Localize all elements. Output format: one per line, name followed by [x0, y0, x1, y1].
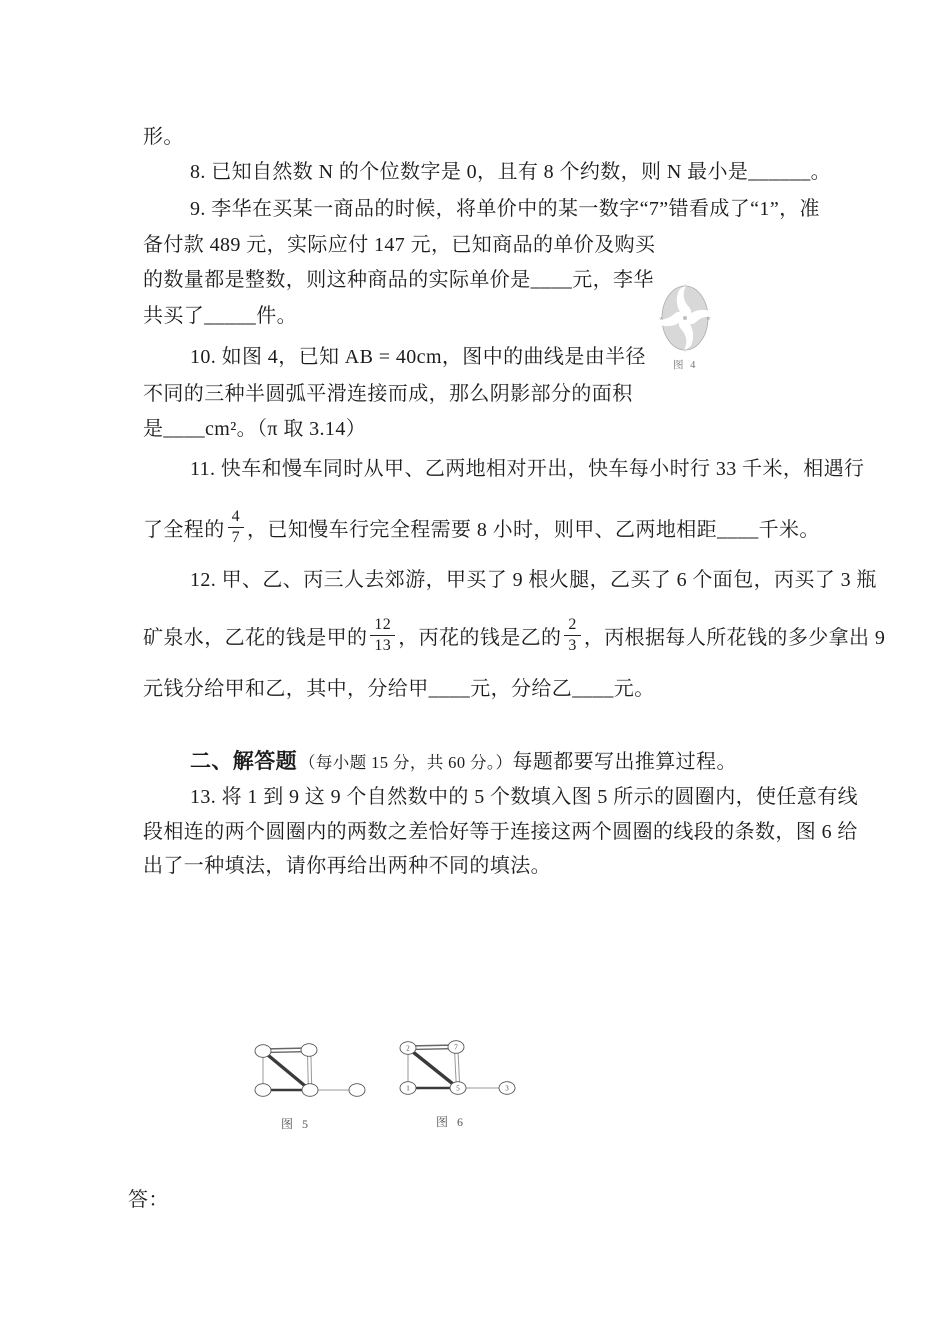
figure-6-value-bottom-right: 5: [456, 1085, 460, 1093]
figure-6-value-bottom-left: 1: [406, 1085, 410, 1093]
fraction-numerator: 4: [228, 508, 244, 528]
question-8-text: 8. 已知自然数 N 的个位数字是 0，且有 8 个约数，则 N 最小是____…: [190, 159, 831, 185]
fraction-12-13: 12 13: [370, 616, 395, 655]
figure-5-and-6-graphs: 2 7 1 5 3: [240, 1030, 540, 1110]
figure-4-caption: 图 4: [673, 357, 697, 372]
fraction-numerator: 2: [564, 616, 580, 636]
fraction-denominator: 3: [564, 636, 580, 655]
figure-6-caption: 图 6: [436, 1113, 466, 1130]
question-12-text-pre: 矿泉水，乙花的钱是甲的: [143, 621, 367, 650]
figure-4-label-b: B: [707, 316, 710, 321]
figure-5-circle-bottom-right: [302, 1084, 318, 1097]
question-13-line-1: 13. 将 1 到 9 这 9 个自然数中的 5 个数填入图 5 所示的圆圈内，…: [190, 784, 858, 810]
fraction-denominator: 13: [370, 636, 395, 655]
section-note: （每小题 15 分，共 60 分。）: [299, 749, 512, 773]
question-12-line-3: 元钱分给甲和乙，其中，分给甲____元，分给乙____元。: [143, 676, 655, 702]
figure-6-graph: 2 7 1 5 3: [400, 1041, 515, 1095]
question-13-line-3: 出了一种填法，请你再给出两种不同的填法。: [143, 853, 551, 879]
figure-6-value-top-right: 7: [454, 1044, 458, 1052]
figure-5-circle-top-left: [255, 1045, 271, 1058]
figure-5-circle-bottom-left: [255, 1084, 271, 1097]
fraction-numerator: 12: [370, 616, 395, 636]
figure-4-pinwheel: A B: [659, 283, 711, 353]
figure-5-caption: 图 5: [281, 1115, 311, 1132]
question-11-line-1: 11. 快车和慢车同时从甲、乙两地相对开出，快车每小时行 33 千米，相遇行: [190, 456, 864, 482]
question-12-line-1: 12. 甲、乙、丙三人去郊游，甲买了 9 根火腿，乙买了 6 个面包，丙买了 3…: [190, 567, 877, 593]
question-12-line-2: 矿泉水，乙花的钱是甲的 12 13 ，丙花的钱是乙的 2 3 ，丙根据每人所花钱…: [143, 612, 885, 658]
answer-label: 答：: [128, 1187, 169, 1213]
paragraph-tail-line: 形。: [143, 124, 184, 150]
question-9-line-3: 的数量都是整数，则这种商品的实际单价是____元，李华: [143, 267, 654, 293]
figure-5-circle-top-right: [301, 1044, 317, 1057]
question-13-line-2: 段相连的两个圆圈内的两数之差恰好等于连接这两个圆圈的线段的条数，图 6 给: [143, 819, 858, 845]
question-11-text-pre: 了全程的: [143, 513, 225, 542]
question-10-line-1: 10. 如图 4，已知 AB = 40cm，图中的曲线是由半径: [190, 344, 646, 370]
figure-6-value-right: 3: [505, 1085, 509, 1093]
fraction-4-7: 4 7: [228, 508, 244, 547]
question-11-text-post: ，已知慢车行完全程需要 8 小时，则甲、乙两地相距____千米。: [247, 513, 820, 542]
section-instruction: 每题都要写出推算过程。: [512, 745, 736, 774]
figure-4-center-dot: [683, 316, 687, 320]
question-9-line-4: 共买了_____件。: [143, 303, 297, 329]
question-9-line-2: 备付款 489 元，实际应付 147 元，已知商品的单价及购买: [143, 232, 655, 258]
section-heading: 二、解答题 （每小题 15 分，共 60 分。） 每题都要写出推算过程。: [190, 745, 737, 775]
question-11-line-2: 了全程的 4 7 ，已知慢车行完全程需要 8 小时，则甲、乙两地相距____千米…: [143, 506, 820, 548]
question-10-line-3: 是____cm²。（π 取 3.14）: [143, 416, 366, 442]
question-9-line-1: 9. 李华在买某一商品的时候，将单价中的某一数字“7”错看成了“1”，准: [190, 196, 820, 222]
figure-5-graph: [255, 1044, 365, 1097]
section-title: 二、解答题: [190, 745, 297, 775]
question-12-text-mid: ，丙花的钱是乙的: [398, 621, 561, 650]
figure-5-circle-right: [349, 1084, 365, 1097]
question-12-text-post: ，丙根据每人所花钱的多少拿出 9: [584, 621, 885, 650]
fraction-2-3: 2 3: [564, 616, 580, 655]
figure-4-label-a: A: [660, 316, 663, 321]
figure-6-value-top-left: 2: [406, 1045, 410, 1053]
document-page: 形。 8. 已知自然数 N 的个位数字是 0，且有 8 个约数，则 N 最小是_…: [0, 0, 950, 1344]
fraction-denominator: 7: [228, 528, 244, 547]
question-10-line-2: 不同的三种半圆弧平滑连接而成，那么阴影部分的面积: [143, 381, 633, 407]
